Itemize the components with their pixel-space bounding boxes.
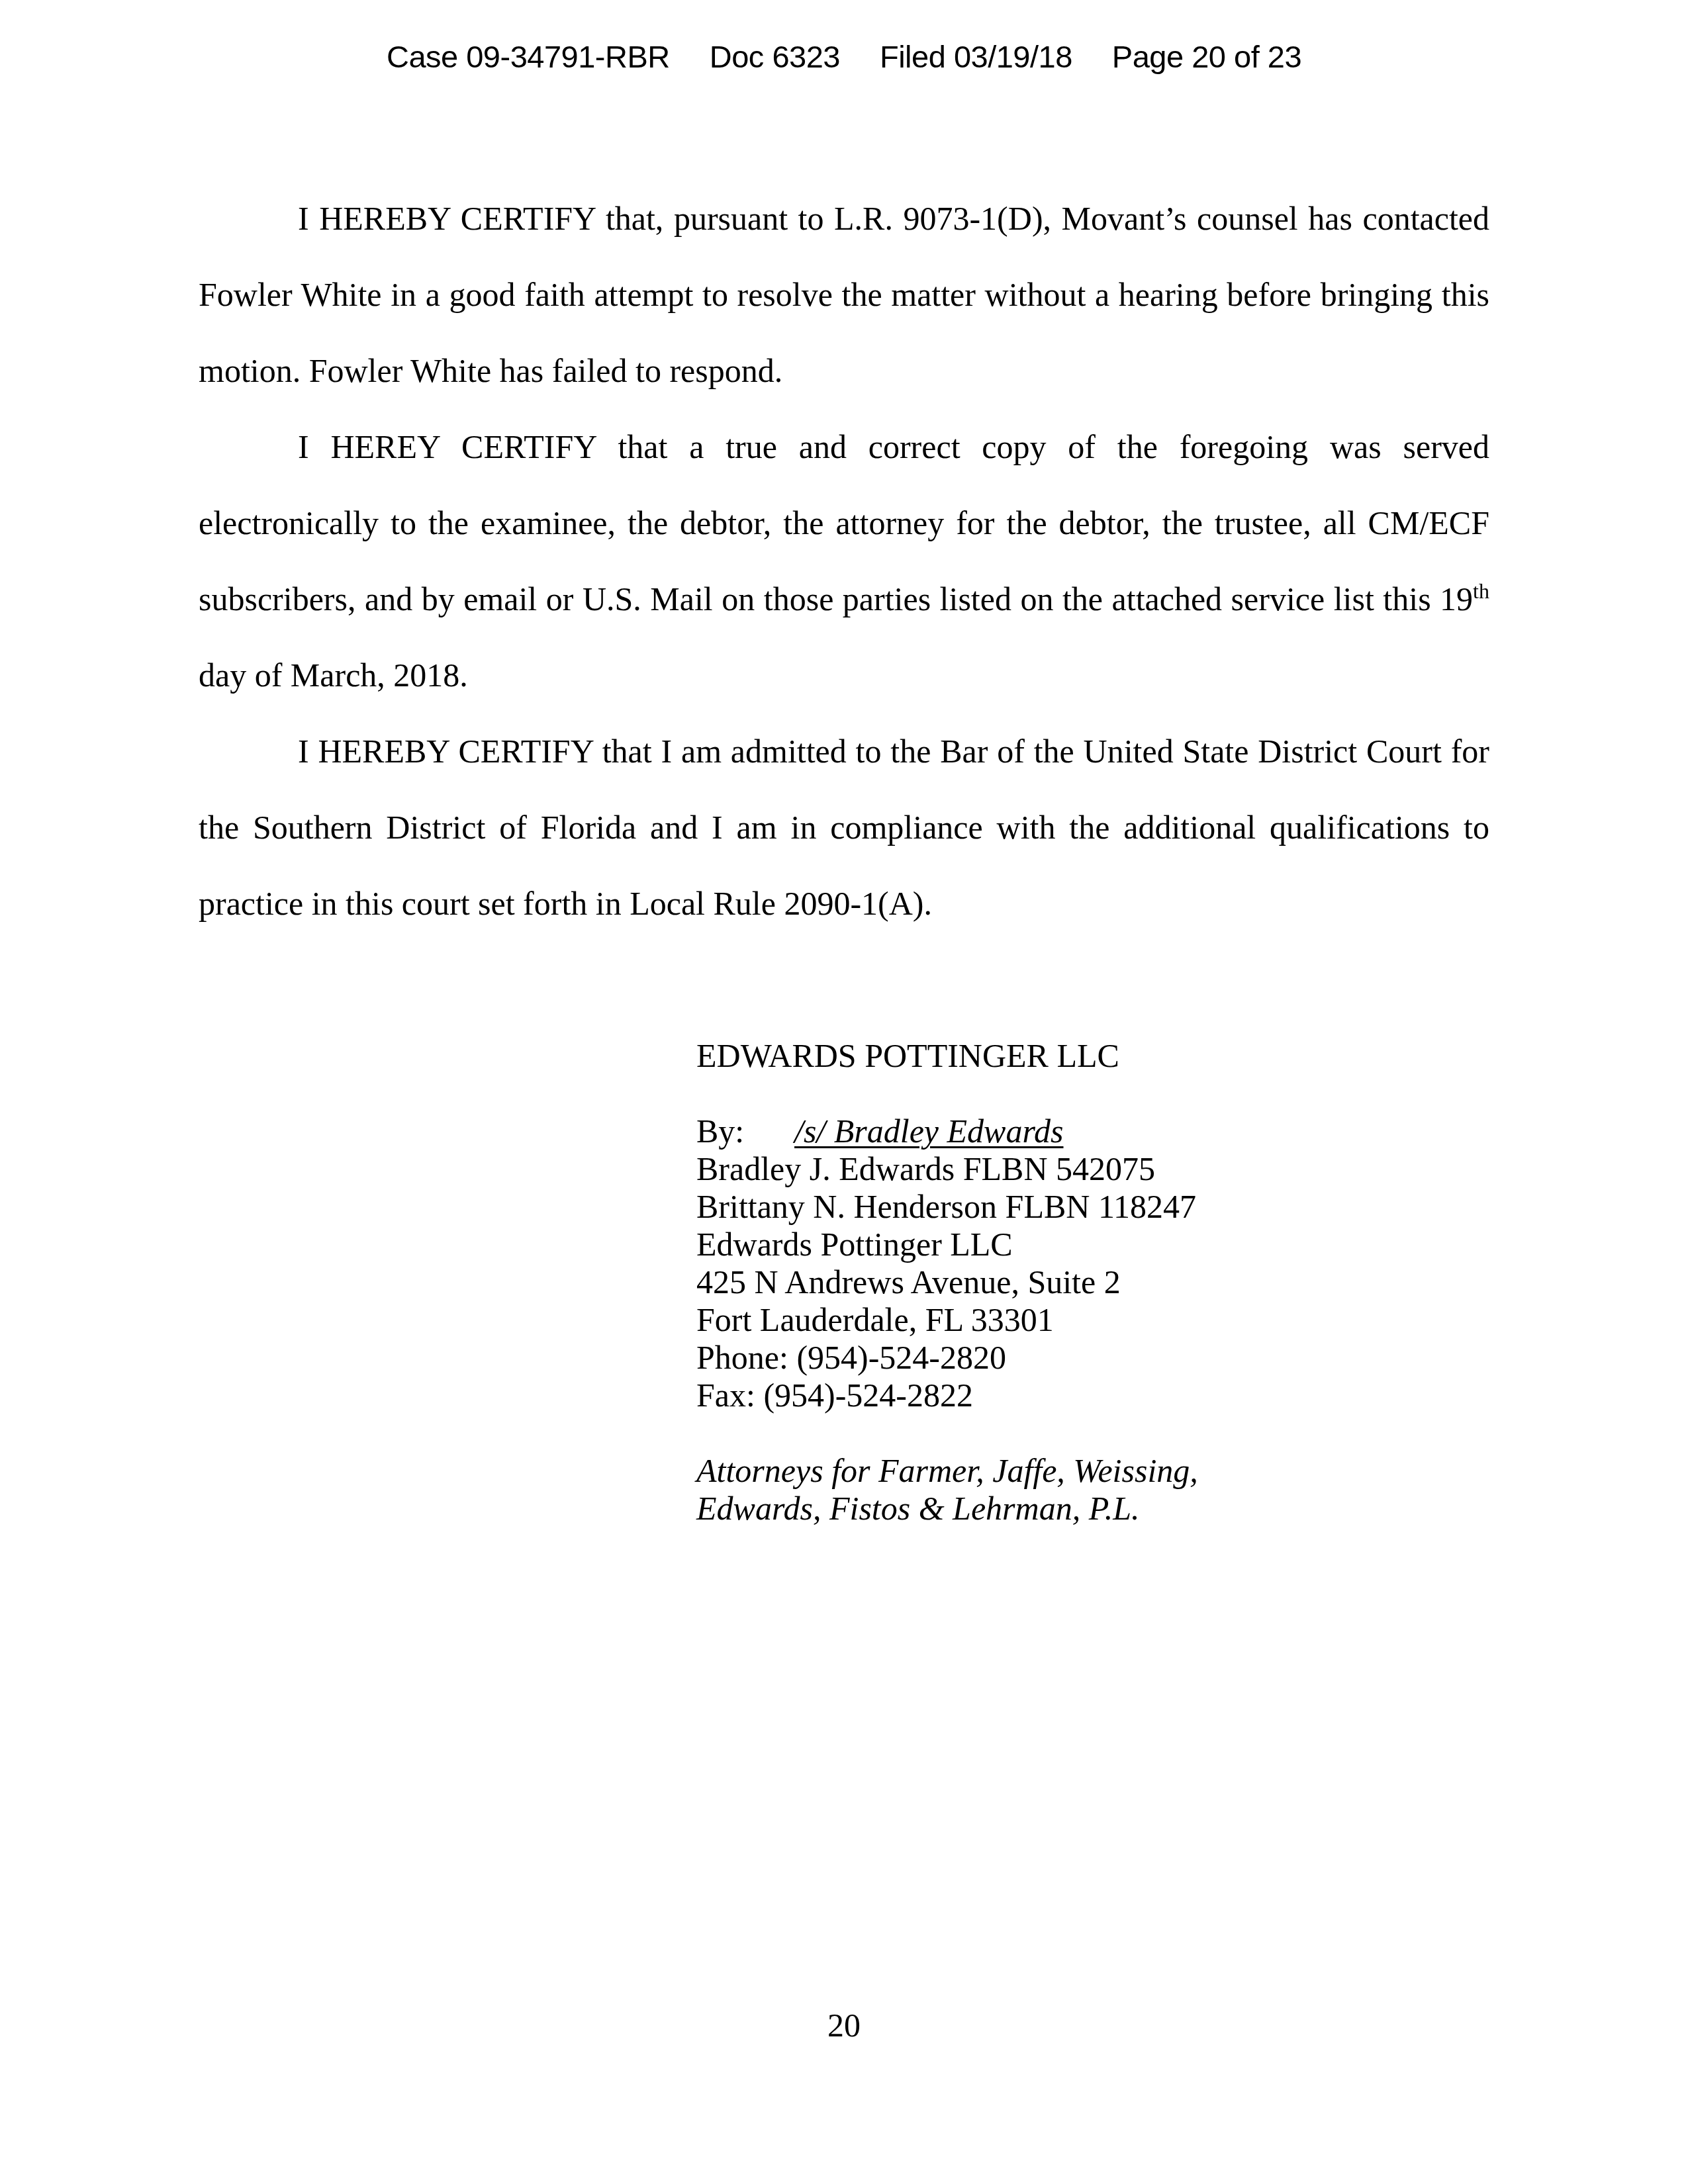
certification-paragraph-service: I HEREY CERTIFY that a true and correct …	[199, 409, 1489, 713]
page-indicator: Page 20 of 23	[1112, 38, 1301, 75]
filed-date: Filed 03/19/18	[880, 38, 1072, 75]
certification-paragraph-conferral: I HEREBY CERTIFY that, pursuant to L.R. …	[199, 181, 1489, 409]
document-number: Doc 6323	[710, 38, 840, 75]
ecf-filing-header: Case 09-34791-RBRDoc 6323Filed 03/19/18P…	[0, 38, 1688, 75]
city-state-zip: Fort Lauderdale, FL 33301	[696, 1301, 1491, 1339]
attorneys-for-line-2: Edwards, Fistos & Lehrman, P.L.	[696, 1490, 1491, 1527]
spacer	[696, 1075, 1491, 1113]
certification-body: I HEREBY CERTIFY that, pursuant to L.R. …	[199, 181, 1489, 942]
attorneys-for-line-1: Attorneys for Farmer, Jaffe, Weissing,	[696, 1452, 1491, 1490]
signature-block: EDWARDS POTTINGER LLC By:/s/ Bradley Edw…	[696, 1037, 1491, 1527]
document-page: Case 09-34791-RBRDoc 6323Filed 03/19/18P…	[0, 0, 1688, 2184]
attorney-line-2: Brittany N. Henderson FLBN 118247	[696, 1188, 1491, 1226]
phone-number: Phone: (954)-524-2820	[696, 1339, 1491, 1377]
paragraph-text: I HEREY CERTIFY that a true and correct …	[199, 428, 1489, 617]
fax-number: Fax: (954)-524-2822	[696, 1377, 1491, 1414]
by-label: By:	[696, 1113, 794, 1150]
page-number: 20	[0, 1992, 1688, 2058]
firm-address-name: Edwards Pottinger LLC	[696, 1226, 1491, 1263]
attorney-line-1: Bradley J. Edwards FLBN 542075	[696, 1150, 1491, 1188]
electronic-signature: /s/ Bradley Edwards	[794, 1113, 1063, 1150]
firm-name: EDWARDS POTTINGER LLC	[696, 1037, 1491, 1075]
certification-paragraph-bar-admission: I HEREBY CERTIFY that I am admitted to t…	[199, 713, 1489, 942]
paragraph-text: I HEREBY CERTIFY that I am admitted to t…	[199, 733, 1489, 922]
paragraph-text: day of March, 2018.	[199, 657, 468, 694]
signature-line: By:/s/ Bradley Edwards	[696, 1113, 1491, 1150]
spacer	[696, 1414, 1491, 1452]
street-address: 425 N Andrews Avenue, Suite 2	[696, 1263, 1491, 1301]
case-number: Case 09-34791-RBR	[387, 38, 670, 75]
paragraph-text: I HEREBY CERTIFY that, pursuant to L.R. …	[199, 200, 1489, 389]
ordinal-superscript: th	[1473, 579, 1489, 603]
